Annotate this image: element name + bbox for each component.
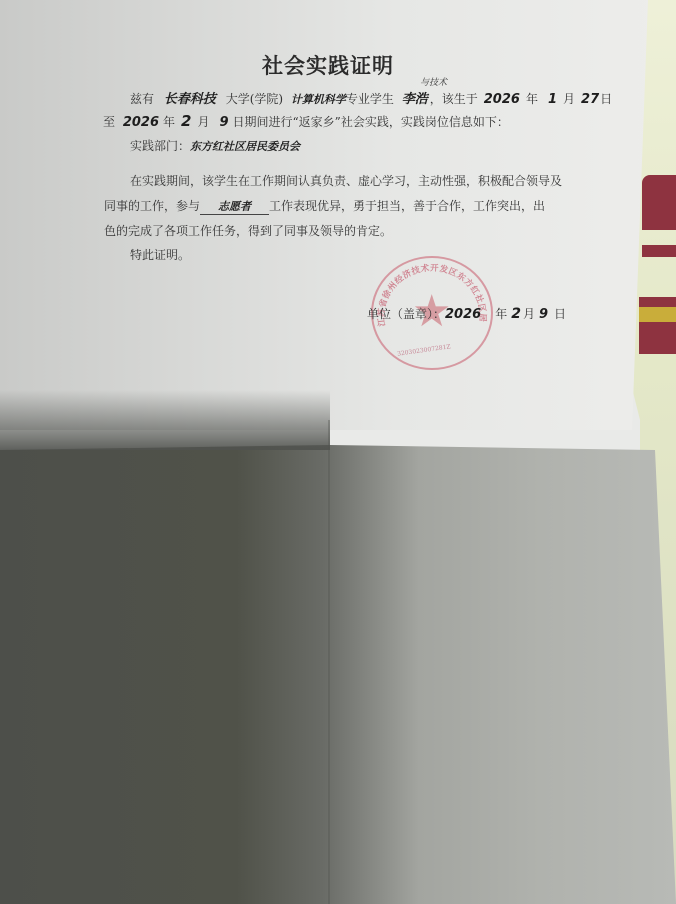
student-name-handwritten: 李浩 [402, 92, 428, 107]
university-label: 大学(学院) [226, 92, 283, 106]
department-line: 实践部门：东方红社区居民委员会 [130, 137, 300, 154]
para2-prefix: 同事的工作，参与 [104, 199, 200, 213]
prefix-text: 兹有 [130, 92, 154, 106]
day-label: 日 [600, 92, 612, 106]
participation-handwritten: 志愿者 [218, 200, 251, 213]
department-handwritten: 东方红社区居民委员会 [190, 140, 300, 153]
certificate-title: 社会实践证明 [262, 50, 394, 80]
year-label: 年 [526, 92, 538, 106]
unit-seal-label: 单位（盖章）： [367, 307, 445, 321]
end-year: 2026 [123, 115, 159, 130]
paper-bottom-half-shadow [0, 420, 676, 904]
day-label: 日 [554, 307, 566, 321]
para1-line1: 兹有 长春科技 大学(学院) 计算机科学专业学生 李浩，该生于2026年1月27… [130, 88, 612, 107]
month-label: 月 [197, 115, 209, 129]
major-annotation: 与技术 [420, 75, 447, 88]
month-label: 月 [563, 92, 575, 106]
born-label: ，该生于 [430, 92, 478, 106]
year-label: 年 [163, 115, 175, 129]
major-label: 专业学生 [346, 92, 394, 106]
poster-stripe-red [639, 297, 676, 307]
para2-line1: 在实践期间，该学生在工作期间认真负责、虚心学习，主动性强，积极配合领导及 [130, 172, 562, 189]
sign-day: 9 [539, 307, 548, 322]
certificate-content: 社会实践证明 与技术 兹有 长春科技 大学(学院) 计算机科学专业学生 李浩，该… [0, 0, 640, 400]
participation-blank: 志愿者 [200, 198, 269, 215]
start-day: 27 [581, 92, 599, 107]
closing-text: 特此证明。 [130, 246, 190, 263]
to-label: 至 [103, 115, 115, 129]
month-label: 月 [523, 307, 535, 321]
sign-year: 2026 [445, 307, 481, 322]
signature-line: 单位（盖章）：2026年2月9日 [367, 305, 566, 322]
university-handwritten: 长春科技 [164, 92, 216, 107]
end-month: 2 [181, 112, 191, 130]
para2-line2: 同事的工作，参与志愿者工作表现优异，勇于担当，善于合作，工作突出，出 [104, 197, 545, 215]
poster-stripe-red-lower [639, 322, 676, 354]
start-year: 2026 [484, 92, 520, 107]
paper-fold-line [328, 420, 330, 904]
major-handwritten: 计算机科学 [291, 93, 346, 106]
year-label: 年 [495, 307, 507, 321]
para1-line2: 至 2026年2月9日期间进行“返家乡”社会实践，实践岗位信息如下： [103, 112, 509, 130]
para2-line3: 色的完成了各项工作任务，得到了同事及领导的肯定。 [104, 222, 392, 239]
hand-shadow [0, 390, 330, 450]
end-day: 9 [220, 115, 229, 130]
para1-line2-rest: 日期间进行“返家乡”社会实践，实践岗位信息如下： [233, 115, 509, 129]
start-month: 1 [548, 92, 557, 107]
poster-red-glyph [642, 175, 676, 230]
sign-month: 2 [511, 306, 521, 322]
poster-red-glyph-bar [642, 245, 676, 257]
para2-suffix: 工作表现优异，勇于担当，善于合作，工作突出，出 [269, 199, 545, 213]
department-label: 实践部门： [130, 139, 190, 153]
poster-stripe-yellow [639, 307, 676, 322]
